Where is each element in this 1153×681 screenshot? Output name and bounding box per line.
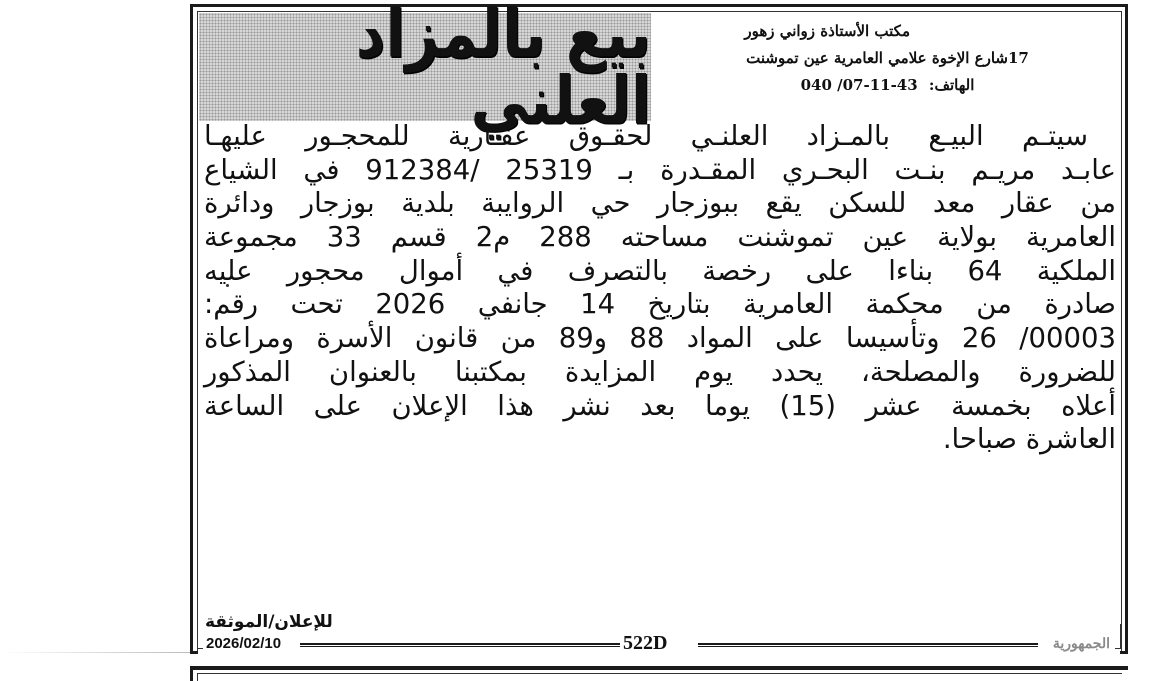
body-line: صادرة من محكمة العامرية بتاريخ 14 جانفي …	[204, 288, 1116, 322]
notice-title: بيع بالمزاد العلني	[199, 0, 651, 133]
frame-corner-left-inner	[197, 624, 203, 649]
body-line: 00003/ 26 وتأسيسا على المواد 88 و89 من ق…	[204, 322, 1116, 356]
body-line: عابـد مريـم بنـت البحـري المقـدرة بـ 253…	[204, 154, 1116, 188]
notice-body: سيتـم البيـع بالمـزاد العلنـي لحقـوق عقـ…	[204, 120, 1116, 457]
notice-code: 522D	[620, 632, 670, 654]
office-address: 17شارع الإخوة علامي العامرية عين تموشنت	[660, 45, 1115, 72]
body-line: سيتـم البيـع بالمـزاد العلنـي لحقـوق عقـ…	[204, 120, 1116, 154]
body-line: الملكية 64 بناءا على رخصة بالتصرف في أمو…	[204, 255, 1116, 289]
body-line: للضرورة والمصلحة، يحدد يوم المزايدة بمكت…	[204, 356, 1116, 390]
body-line: العاشرة صباحا.	[204, 423, 1116, 457]
body-line: من عقار معد للسكن يقع ببوزجار حي الروايب…	[204, 187, 1116, 221]
footer-rule-left	[300, 643, 622, 647]
frame-corner-right-inner	[1115, 624, 1121, 649]
phone-label: الهاتف:	[929, 76, 974, 94]
body-line: أعلاه بخمسة عشر (15) يوما بعد نشر هذا ال…	[204, 390, 1116, 424]
footer-rule-right	[698, 643, 1038, 647]
title-banner: بيع بالمزاد العلني	[199, 13, 651, 121]
office-name: مكتب الأستاذة زواني زهور	[660, 18, 1115, 45]
notary-signature: للإعلان/الموثقة	[205, 612, 333, 632]
office-phone: الهاتف: 040 /07-11-43	[660, 72, 1115, 99]
next-notice-frame-inner	[197, 673, 1122, 681]
notice-footer: 2026/02/10 522D الجمهورية	[190, 634, 1128, 658]
office-header: مكتب الأستاذة زواني زهور 17شارع الإخوة ع…	[660, 18, 1115, 99]
publication-date: 2026/02/10	[206, 634, 285, 654]
body-line: العامرية بولاية عين تموشنت مساحته 288 م2…	[204, 221, 1116, 255]
newspaper-logo: الجمهورية	[1049, 634, 1110, 654]
scan-artifact-line	[0, 652, 190, 653]
phone-number: 040 /07-11-43	[801, 76, 918, 94]
frame-corner-right	[1120, 624, 1128, 654]
